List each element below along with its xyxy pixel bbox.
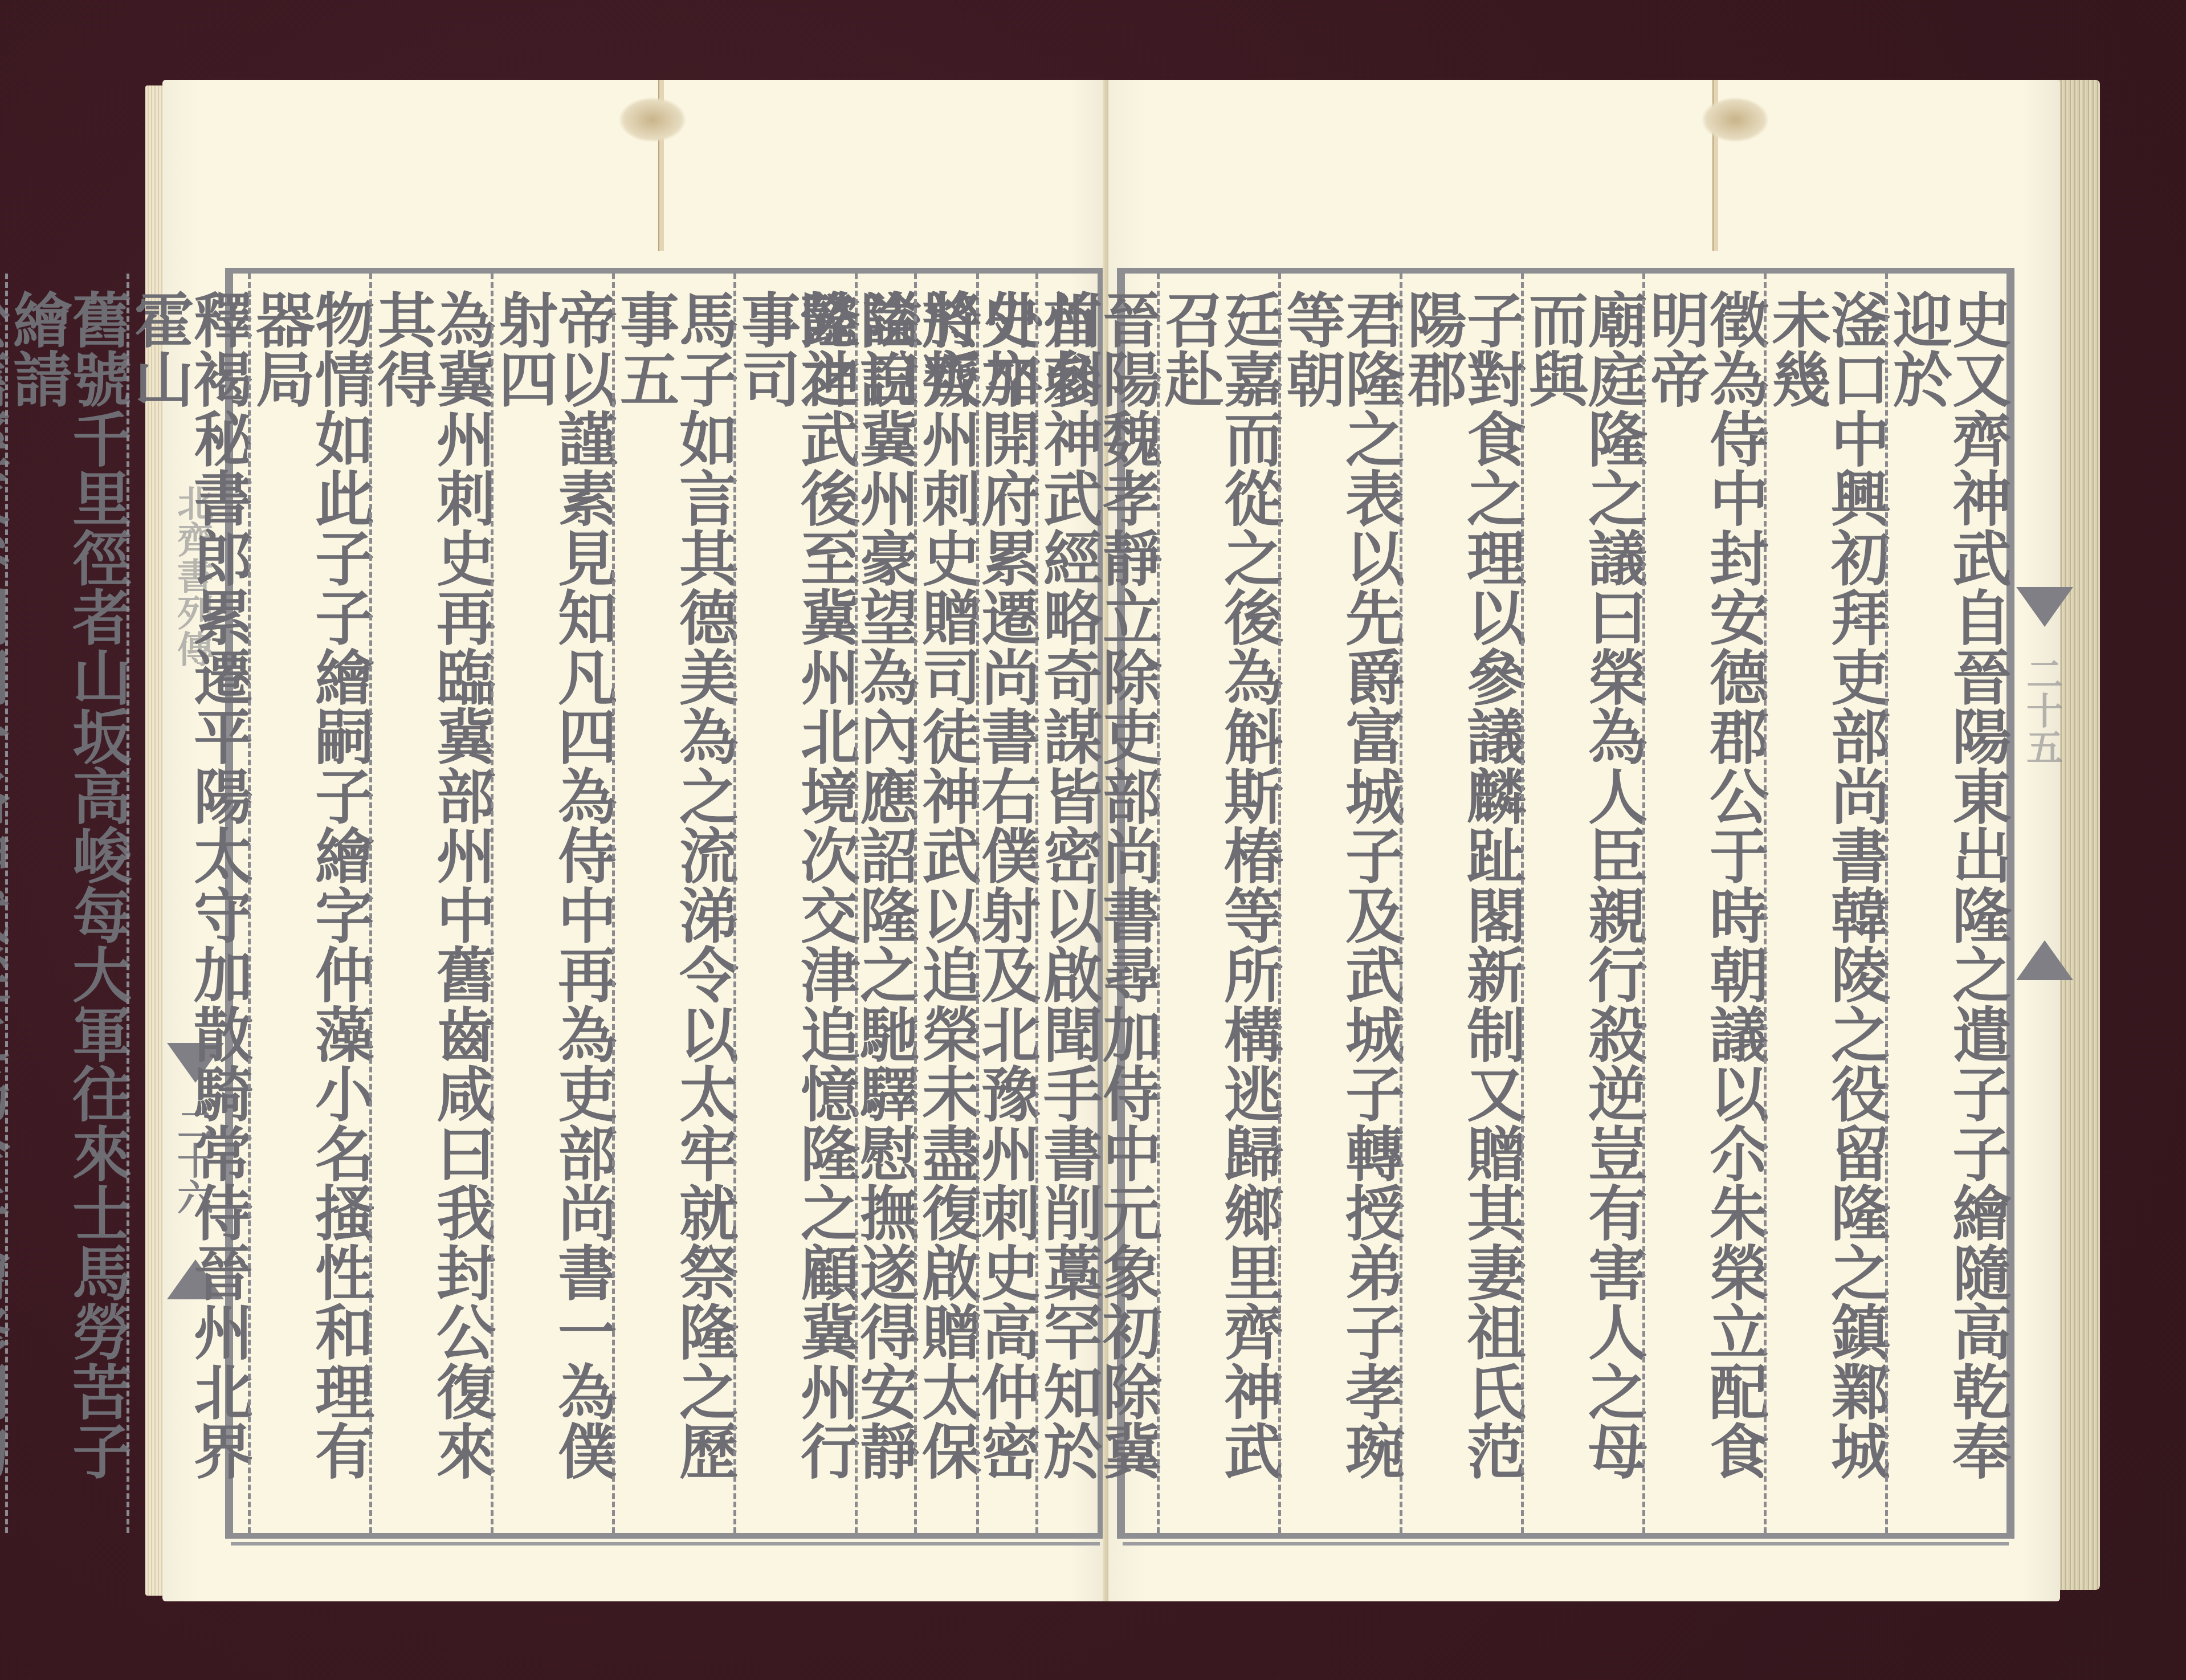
- text-column: 舊號千里徑者山坂高峻每大軍往來士馬勞苦子繪請: [5, 274, 127, 1533]
- text-column: 馬子如言其德美為之流涕令以太牢就祭隆之歷事五: [612, 274, 733, 1533]
- text-column: 廷嘉而從之後為斛斯椿等所構逃歸鄉里齊神武召赴: [1157, 274, 1278, 1533]
- text-column: 帝以謹素見知凡四為侍中再為吏部尚書一為僕射四: [491, 274, 612, 1533]
- fishtail-mark-lower: [2016, 940, 2073, 980]
- text-column: 滏口中興初拜吏部尚書韓陵之役留隆之鎮鄴城未幾: [1764, 274, 1885, 1533]
- text-column: 君隆之表以先爵富城子及武城子轉授弟子孝琬等朝: [1278, 274, 1400, 1533]
- binding-knot: [618, 97, 687, 142]
- right-text-frame: 史又齊神武自晉陽東出隆之遣子子繪隨高乾奉迎於 滏口中興初拜吏部尚書韓陵之役留隆之…: [1117, 268, 2014, 1539]
- text-column: 史又齊神武自晉陽東出隆之遣子子繪隨高乾奉迎於: [1885, 274, 2006, 1533]
- right-page: 史又齊神武自晉陽東出隆之遣子子繪隨高乾奉迎於 滏口中興初拜吏部尚書韓陵之役留隆之…: [1108, 80, 2060, 1601]
- text-column: 陰說冀州豪望為內應詔隆之馳驛慰撫遂得安靜隆之: [796, 274, 914, 1533]
- open-book: 北齊書列傳 二十六 首參神武經略奇謀皆密以啟聞手書削藁罕知於外卒 於齊州刺史贈司…: [162, 80, 2060, 1601]
- text-column: 於舊徑東谷別開一路神武從之仍令子繪修開旬日而: [0, 274, 5, 1533]
- text-column: 為冀州刺史再臨冀部州中舊齒咸曰我封公復來其得: [369, 274, 491, 1533]
- text-column: 釋褐秘書郎累遷平陽太守加散騎常侍晉州北界霍山: [127, 274, 248, 1533]
- fishtail-mark-upper: [2016, 587, 2073, 627]
- text-column: 物情如此子子繪嗣子繪字仲藻小名搔性和理有器局: [248, 274, 369, 1533]
- binding-knot: [1701, 97, 1769, 142]
- text-column: 子對食之理以參議麟趾閣新制又贈其妻祖氏范陽郡: [1400, 274, 1521, 1533]
- text-column: 史加開府累遷尚書右僕射及北豫州刺史高仲密將叛: [914, 274, 1035, 1533]
- text-column: 廟庭隆之議曰榮為人臣親行殺逆豈有害人之母而與: [1521, 274, 1642, 1533]
- text-column: 徵為侍中封安德郡公于時朝議以尒朱榮立配食明帝: [1642, 274, 1764, 1533]
- margin-page-number: 二十五: [2023, 655, 2059, 765]
- text-column: 晉陽魏孝靜立除吏部尚書尋加侍中元象初除冀州刺: [1035, 274, 1157, 1533]
- right-margin-banxin: 二十五: [2006, 268, 2074, 1539]
